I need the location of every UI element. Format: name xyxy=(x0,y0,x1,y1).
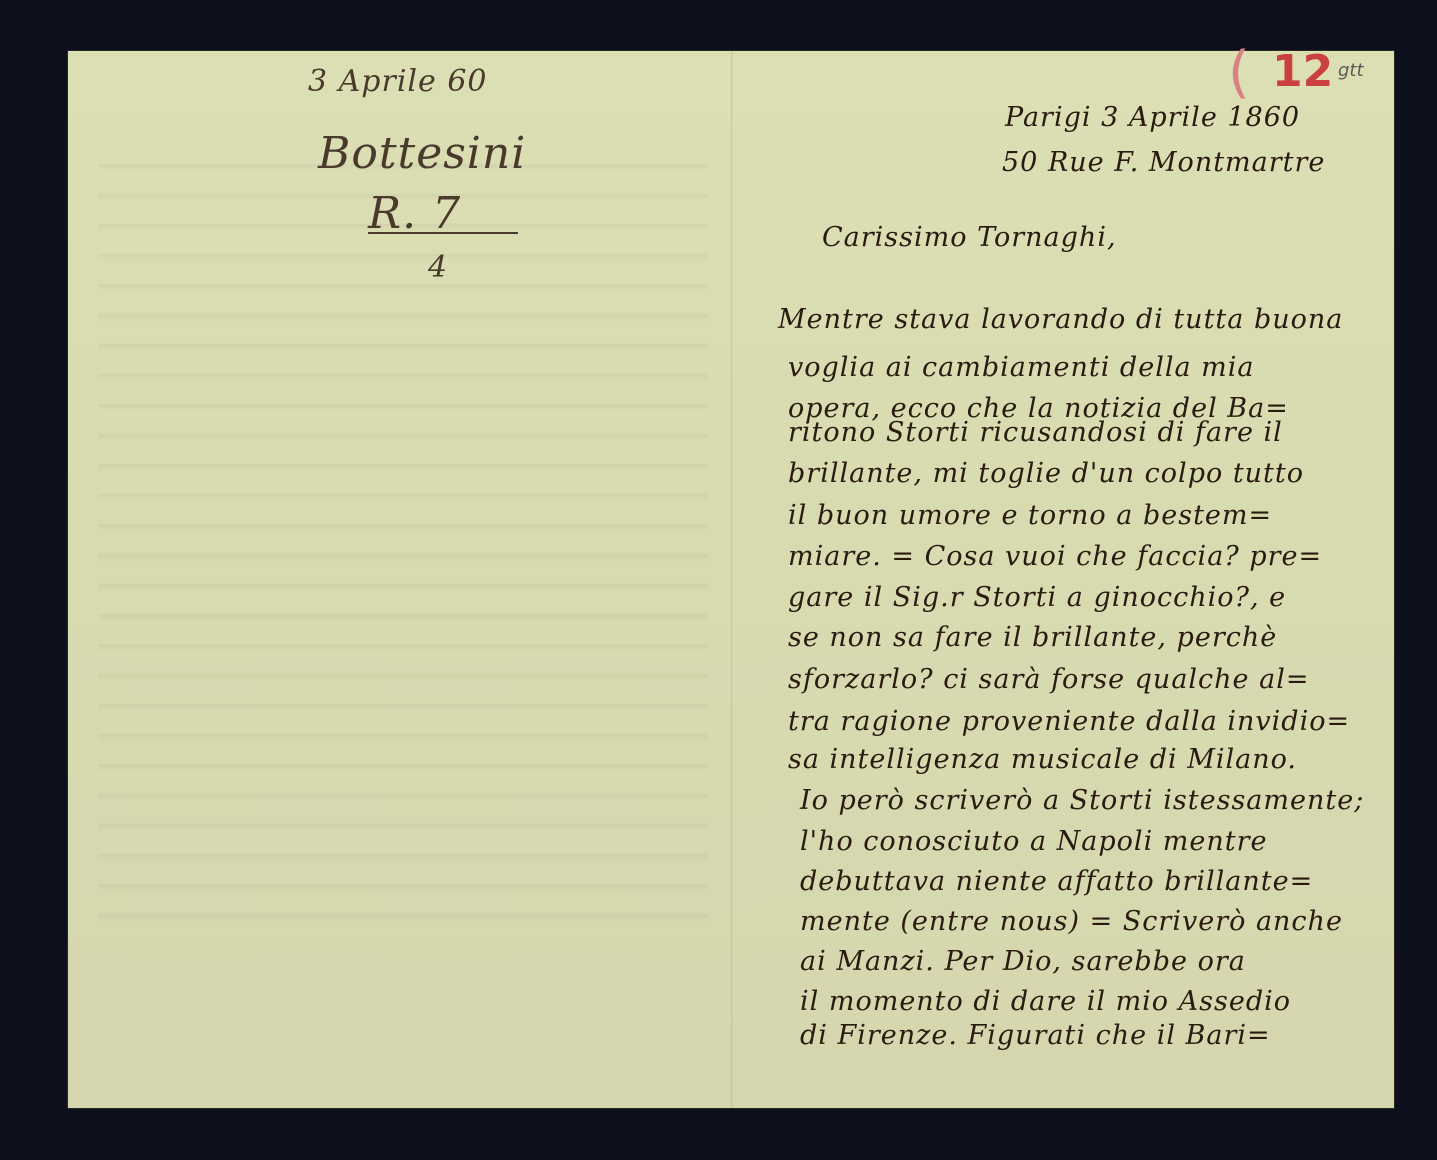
docket-date: 3 Aprile 60 xyxy=(308,64,488,99)
body-line: sforzarlo? ci sarà forse qualche al= xyxy=(788,664,1309,695)
body-line: Mentre stava lavorando di tutta buona xyxy=(778,304,1343,335)
body-line: se non sa fare il brillante, perchè xyxy=(788,622,1277,653)
docket-reply-day: 7 xyxy=(432,188,461,239)
salutation: Carissimo Tornaghi, xyxy=(822,222,1117,253)
docket-reply-mark: R. xyxy=(368,188,417,239)
place-date: Parigi 3 Aprile 1860 xyxy=(1005,102,1300,133)
body-line: miare. = Cosa vuoi che faccia? pre= xyxy=(788,541,1322,572)
body-line: brillante, mi toglie d'un colpo tutto xyxy=(788,458,1304,489)
bleed-through-text xyxy=(98,141,708,921)
body-line: ai Manzi. Per Dio, sarebbe ora xyxy=(800,946,1246,977)
body-line: debuttava niente affatto brillante= xyxy=(800,866,1313,897)
body-line: l'ho conosciuto a Napoli mentre xyxy=(800,826,1268,857)
center-fold xyxy=(731,51,733,1108)
body-line: ritono Storti ricusandosi di fare il xyxy=(788,417,1283,448)
docket-sheet-count: 4 xyxy=(428,250,448,285)
pencil-note: gtt xyxy=(1338,60,1364,81)
archive-paren: ( xyxy=(1228,40,1250,105)
body-line: tra ragione proveniente dalla invidio= xyxy=(788,706,1350,737)
folio-number: 12 xyxy=(1272,46,1333,97)
body-line: il momento di dare il mio Assedio xyxy=(800,986,1291,1017)
body-line: voglia ai cambiamenti della mia xyxy=(788,352,1254,383)
address: 50 Rue F. Montmartre xyxy=(1002,147,1325,178)
body-line: sa intelligenza musicale di Milano. xyxy=(788,744,1297,775)
docket-reply: R. 7 xyxy=(368,188,518,234)
body-line: il buon umore e torno a bestem= xyxy=(788,500,1272,531)
body-line: gare il Sig.r Storti a ginocchio?, e xyxy=(788,582,1286,613)
body-line: di Firenze. Figurati che il Bari= xyxy=(800,1020,1271,1051)
body-line: Io però scriverò a Storti istessamente; xyxy=(800,785,1364,816)
body-line: mente (entre nous) = Scriverò anche xyxy=(800,906,1343,937)
docket-sender: Bottesini xyxy=(318,128,526,179)
